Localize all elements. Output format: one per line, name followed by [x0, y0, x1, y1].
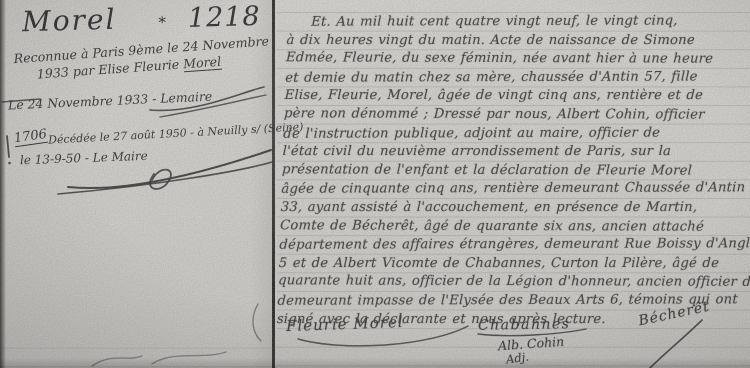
signature-officer-title: Adj.	[505, 349, 530, 366]
register-page: Morel * 1218 Reconnue à Paris 9ème le 24…	[0, 0, 750, 368]
signature-officer: Alb. Cohin	[498, 334, 565, 354]
next-entry-fragment	[152, 352, 226, 364]
act-line: département des affaires étrangères, dem…	[279, 235, 746, 255]
mayor-signature-loop	[150, 170, 171, 189]
pen-mark-dot	[8, 162, 11, 165]
death-annotation-line-1: Décédée le 27 août 1950 - à Neuilly s/ (…	[48, 120, 304, 146]
recognition-annotation: Reconnue à Paris 9ème le 24 Novembre 193…	[13, 32, 277, 84]
death-reference-number: 1706	[13, 127, 48, 147]
act-line: quarante huit ans, officier de la Légion…	[278, 273, 745, 293]
act-line: Elise, Fleurie, Morel, âgée de vingt cin…	[284, 87, 750, 106]
page-left-edge	[0, 0, 6, 368]
next-entry-fragment	[92, 356, 142, 366]
death-annotation-line-2: le 13-9-50 - Le Maire	[20, 149, 148, 167]
pen-mark	[7, 136, 9, 157]
next-entry-fragment	[253, 304, 261, 341]
ruled-lines-margin	[0, 330, 277, 368]
act-line: Comte de Bécherêt, âgé de quarante six a…	[280, 217, 747, 237]
act-line: à dix heures vingt du matin. Acte de nai…	[286, 32, 750, 51]
act-body: Et. Au mil huit cent quatre vingt neuf, …	[276, 13, 750, 329]
mayor-signature-flourish	[58, 162, 272, 194]
act-line: et demie du matin chez sa mère, chaussée…	[285, 68, 750, 88]
act-line: présentation de l'enfant et la déclarati…	[282, 161, 749, 181]
act-line: 5 et de Albert Vicomte de Chabannes, Cur…	[278, 255, 745, 274]
act-line: âgée de cinquante cinq ans, rentière dem…	[281, 180, 748, 200]
asterisk-mark: *	[158, 13, 166, 31]
signature-declarant: Fleurie Morel	[286, 313, 404, 335]
act-line: père non dénommé ; Dressé par nous, Albe…	[284, 105, 750, 125]
recognition-date-line: Le 24 Novembre 1933 - Lemaire	[8, 89, 213, 113]
entry-surname: Morel	[22, 3, 117, 38]
act-line: Et. Au mil huit cent quatre vingt neuf, …	[287, 12, 750, 32]
bottom-edge-shadow	[0, 358, 750, 368]
act-line: de l'instruction publique, adjoint au ma…	[283, 124, 750, 144]
margin-header: Morel * 1218	[22, 0, 268, 38]
act-line: Edmée, Fleurie, du sexe féminin, née ava…	[286, 49, 750, 69]
signature-witness-chabannes: Chabannes	[478, 316, 571, 334]
act-line: l'état civil du neuvième arrondissement …	[282, 143, 749, 162]
recognition-underlined-name: Morel	[183, 54, 222, 73]
act-number: 1218	[188, 1, 262, 34]
act-line: 33, ayant assisté à l'accouchement, en p…	[280, 199, 747, 218]
